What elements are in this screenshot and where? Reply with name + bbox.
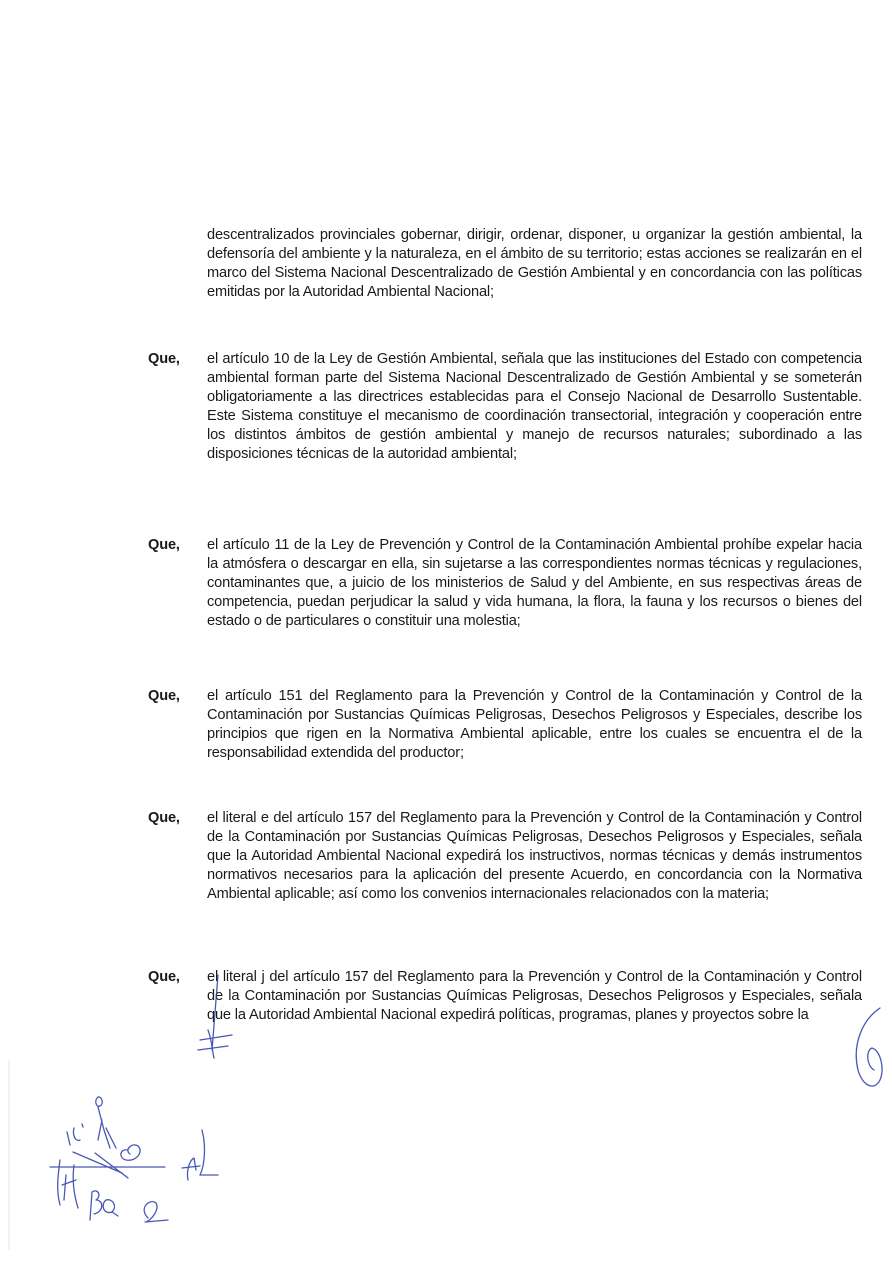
clause-lead: Que,: [148, 687, 180, 706]
clause-article-10: Que, el artículo 10 de la Ley de Gestión…: [148, 350, 862, 464]
clause-lead: Que,: [148, 809, 180, 828]
clause-lead: Que,: [148, 968, 180, 987]
clause-lead: Que,: [148, 350, 180, 369]
intro-paragraph: descentralizados provinciales gobernar, …: [207, 226, 862, 302]
clause-text: el artículo 10 de la Ley de Gestión Ambi…: [207, 350, 862, 464]
clause-text: el artículo 11 de la Ley de Prevención y…: [207, 536, 862, 631]
clause-text: el literal e del artículo 157 del Reglam…: [207, 809, 862, 904]
clause-article-151: Que, el artículo 151 del Reglamento para…: [148, 687, 862, 763]
clause-article-11: Que, el artículo 11 de la Ley de Prevenc…: [148, 536, 862, 631]
document-page: descentralizados provinciales gobernar, …: [0, 0, 892, 1263]
clause-text: el literal j del artículo 157 del Reglam…: [207, 968, 862, 1025]
clause-lead: Que,: [148, 536, 180, 555]
clause-article-157-j: Que, el literal j del artículo 157 del R…: [148, 968, 862, 1025]
clause-article-157-e: Que, el literal e del artículo 157 del R…: [148, 809, 862, 904]
clause-text: el artículo 151 del Reglamento para la P…: [207, 687, 862, 763]
